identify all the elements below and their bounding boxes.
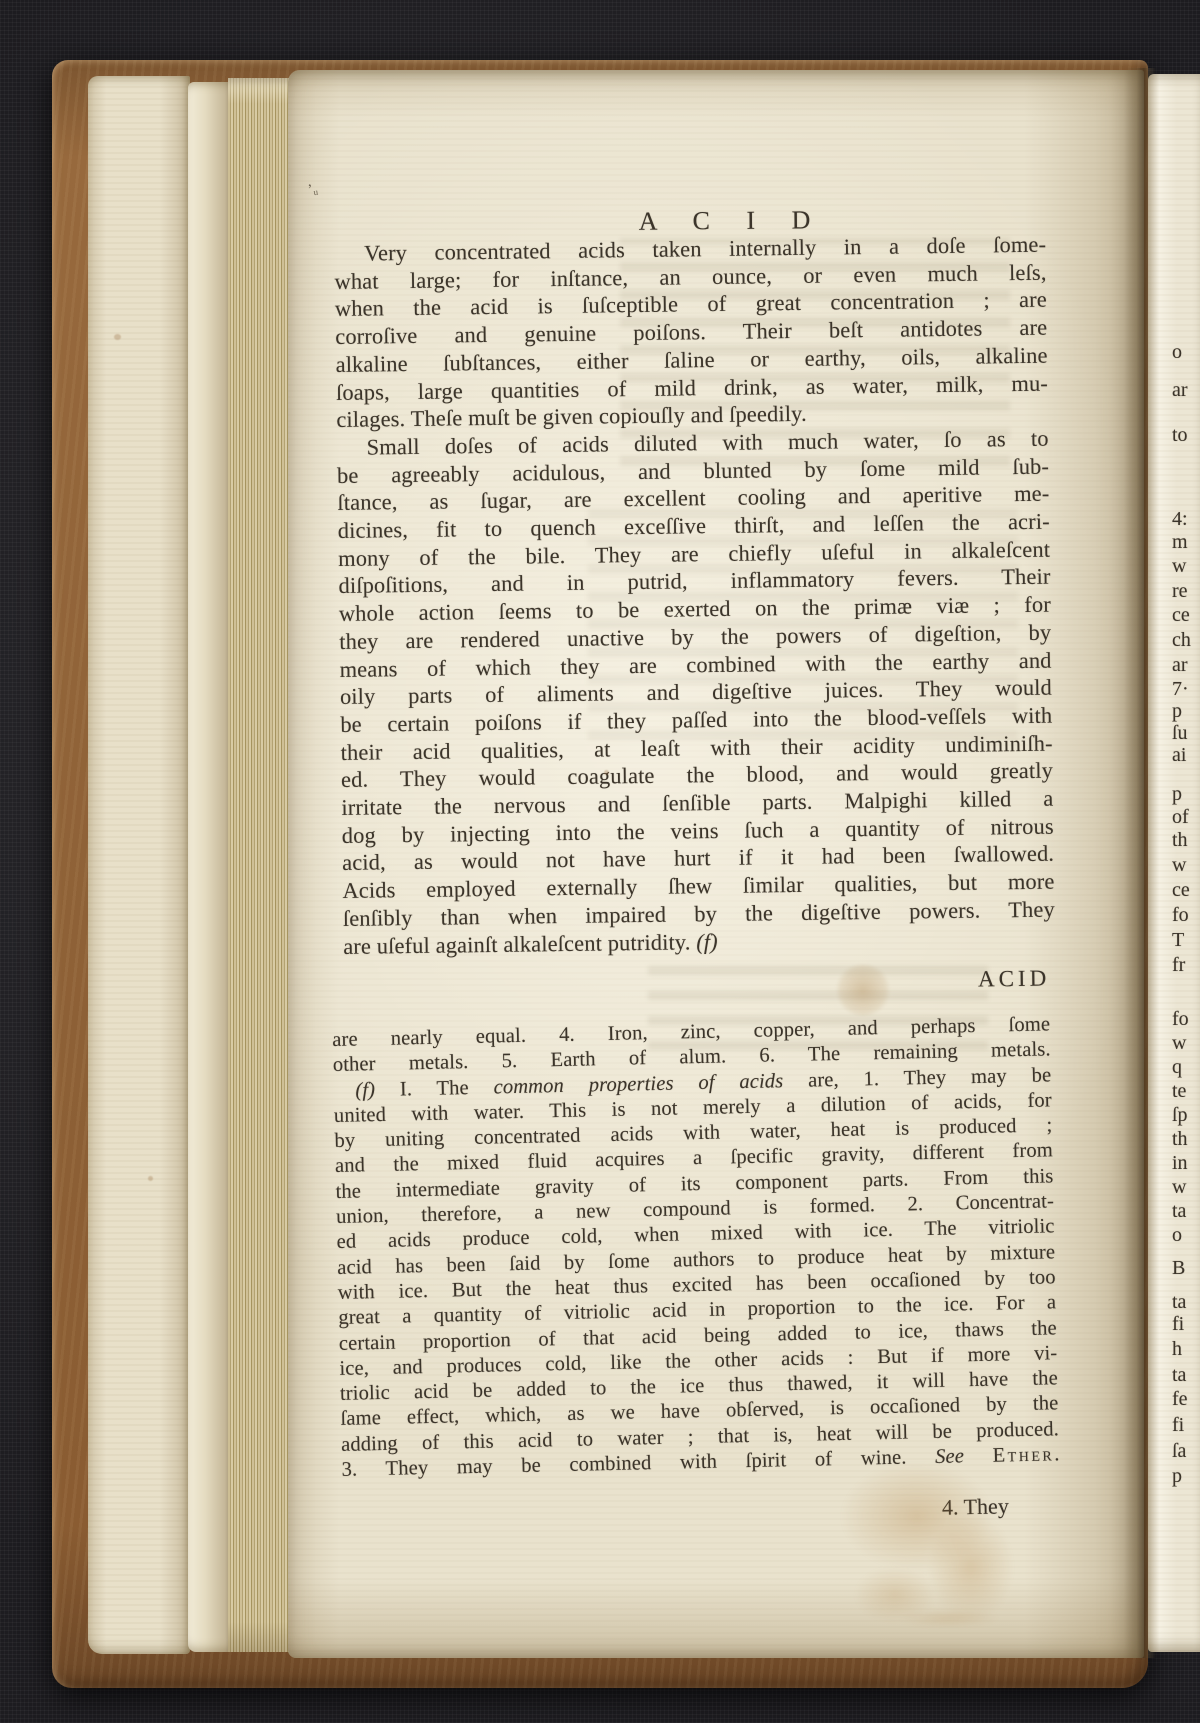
- facing-page-line-fragment: ce: [1172, 879, 1190, 902]
- facing-page-line-fragment: ch: [1172, 629, 1191, 652]
- stain-spot: [835, 964, 891, 1016]
- footnote-block: are nearly equal. 4. Iron, zinc, copper,…: [332, 1012, 1060, 1483]
- text-span: are, 1. They may be: [783, 1064, 1051, 1092]
- stain-large: [841, 1462, 1021, 1632]
- facing-page-line-fragment: fe: [1172, 1388, 1188, 1411]
- facing-page-line-fragment: ce: [1172, 604, 1190, 627]
- facing-page-line-fragment: fr: [1172, 954, 1185, 977]
- left-page: ’ᵤ A C I D Very concentrated acids taken…: [288, 70, 1144, 1658]
- catchword-acid: ACID: [978, 965, 1051, 992]
- facing-page-line-fragment: T: [1172, 929, 1184, 952]
- facing-page-line-fragment: p: [1172, 783, 1182, 806]
- facing-page-line-fragment: fi: [1172, 1414, 1184, 1437]
- facing-page-line-fragment: 4:: [1172, 508, 1188, 531]
- facing-page-line-fragment: w: [1172, 1176, 1186, 1199]
- facing-page-line-fragment: B: [1172, 1257, 1185, 1280]
- facing-page-line-fragment: 7·: [1172, 678, 1189, 701]
- facing-page-line-fragment: m: [1172, 531, 1188, 554]
- facing-page-line-fragment: ta: [1172, 1291, 1186, 1314]
- facing-page-line-fragment: h: [1172, 1338, 1182, 1361]
- facing-page-line-fragment: ar: [1172, 654, 1188, 677]
- fox-spot: [906, 1275, 910, 1279]
- paragraph-2: Small doſes of acids diluted with much w…: [337, 425, 1056, 961]
- facing-page-line-fragment: te: [1172, 1080, 1186, 1103]
- facing-page-line-fragment: w: [1172, 1032, 1186, 1055]
- fox-spot: [148, 1176, 153, 1181]
- text-span: .: [1054, 1443, 1060, 1465]
- right-page-edge: oarto4:mwrecechar7·pſuaipofthwcefoTfrfow…: [1148, 74, 1200, 1652]
- facing-page-line-fragment: o: [1172, 1224, 1182, 1247]
- paragraph-1: Very concentrated acids taken internally…: [334, 231, 1048, 434]
- facing-page-line-fragment: ſu: [1172, 722, 1188, 745]
- italic-text: (f): [355, 1078, 400, 1101]
- fore-edge-page-stack: [228, 78, 292, 1652]
- ink-mark: ’ᵤ: [307, 181, 319, 199]
- endpaper-page: [88, 76, 190, 1654]
- facing-page-line-fragment: w: [1172, 555, 1186, 578]
- fox-spot: [114, 334, 121, 340]
- facing-page-line-fragment: p: [1172, 1465, 1182, 1488]
- facing-page-line-fragment: o: [1172, 341, 1182, 364]
- facing-page-line-fragment: ar: [1172, 379, 1188, 402]
- facing-page-line-fragment: of: [1172, 806, 1189, 829]
- text-span: I. The: [400, 1076, 494, 1100]
- facing-page-line-fragment: th: [1172, 829, 1188, 852]
- fox-spot: [604, 770, 609, 775]
- facing-page-line-fragment: in: [1172, 1152, 1188, 1175]
- facing-page-line-fragment: p: [1172, 700, 1182, 723]
- italic-text: See: [935, 1445, 993, 1468]
- italic-text: common properties of acids: [493, 1070, 783, 1098]
- text-span: are uſeful againſt alkaleſcent putridity…: [343, 929, 696, 959]
- facing-page-line-fragment: fo: [1172, 1008, 1189, 1031]
- facing-page-line-fragment: ta: [1172, 1364, 1186, 1387]
- body-text: Very concentrated acids taken internally…: [334, 231, 1055, 961]
- catchword-4-they: 4. They: [942, 1493, 1009, 1520]
- facing-page-line-fragment: ſp: [1172, 1104, 1188, 1127]
- facing-page-line-fragment: re: [1172, 580, 1188, 603]
- facing-page-line-fragment: ſa: [1172, 1440, 1186, 1463]
- facing-page-line-fragment: q: [1172, 1056, 1182, 1079]
- under-page-edge: [188, 82, 230, 1652]
- small-caps-text: Ether: [992, 1443, 1054, 1466]
- italic-text: (f): [696, 929, 718, 954]
- facing-page-line-fragment: th: [1172, 1128, 1188, 1151]
- facing-page-line-fragment: ai: [1172, 744, 1186, 767]
- facing-page-line-fragment: to: [1172, 424, 1188, 447]
- book-photo: ’ᵤ A C I D Very concentrated acids taken…: [0, 0, 1200, 1723]
- facing-page-line-fragment: fi: [1172, 1313, 1184, 1336]
- facing-page-line-fragment: fo: [1172, 904, 1189, 927]
- facing-page-line-fragment: w: [1172, 854, 1186, 877]
- facing-page-line-fragment: ta: [1172, 1200, 1186, 1223]
